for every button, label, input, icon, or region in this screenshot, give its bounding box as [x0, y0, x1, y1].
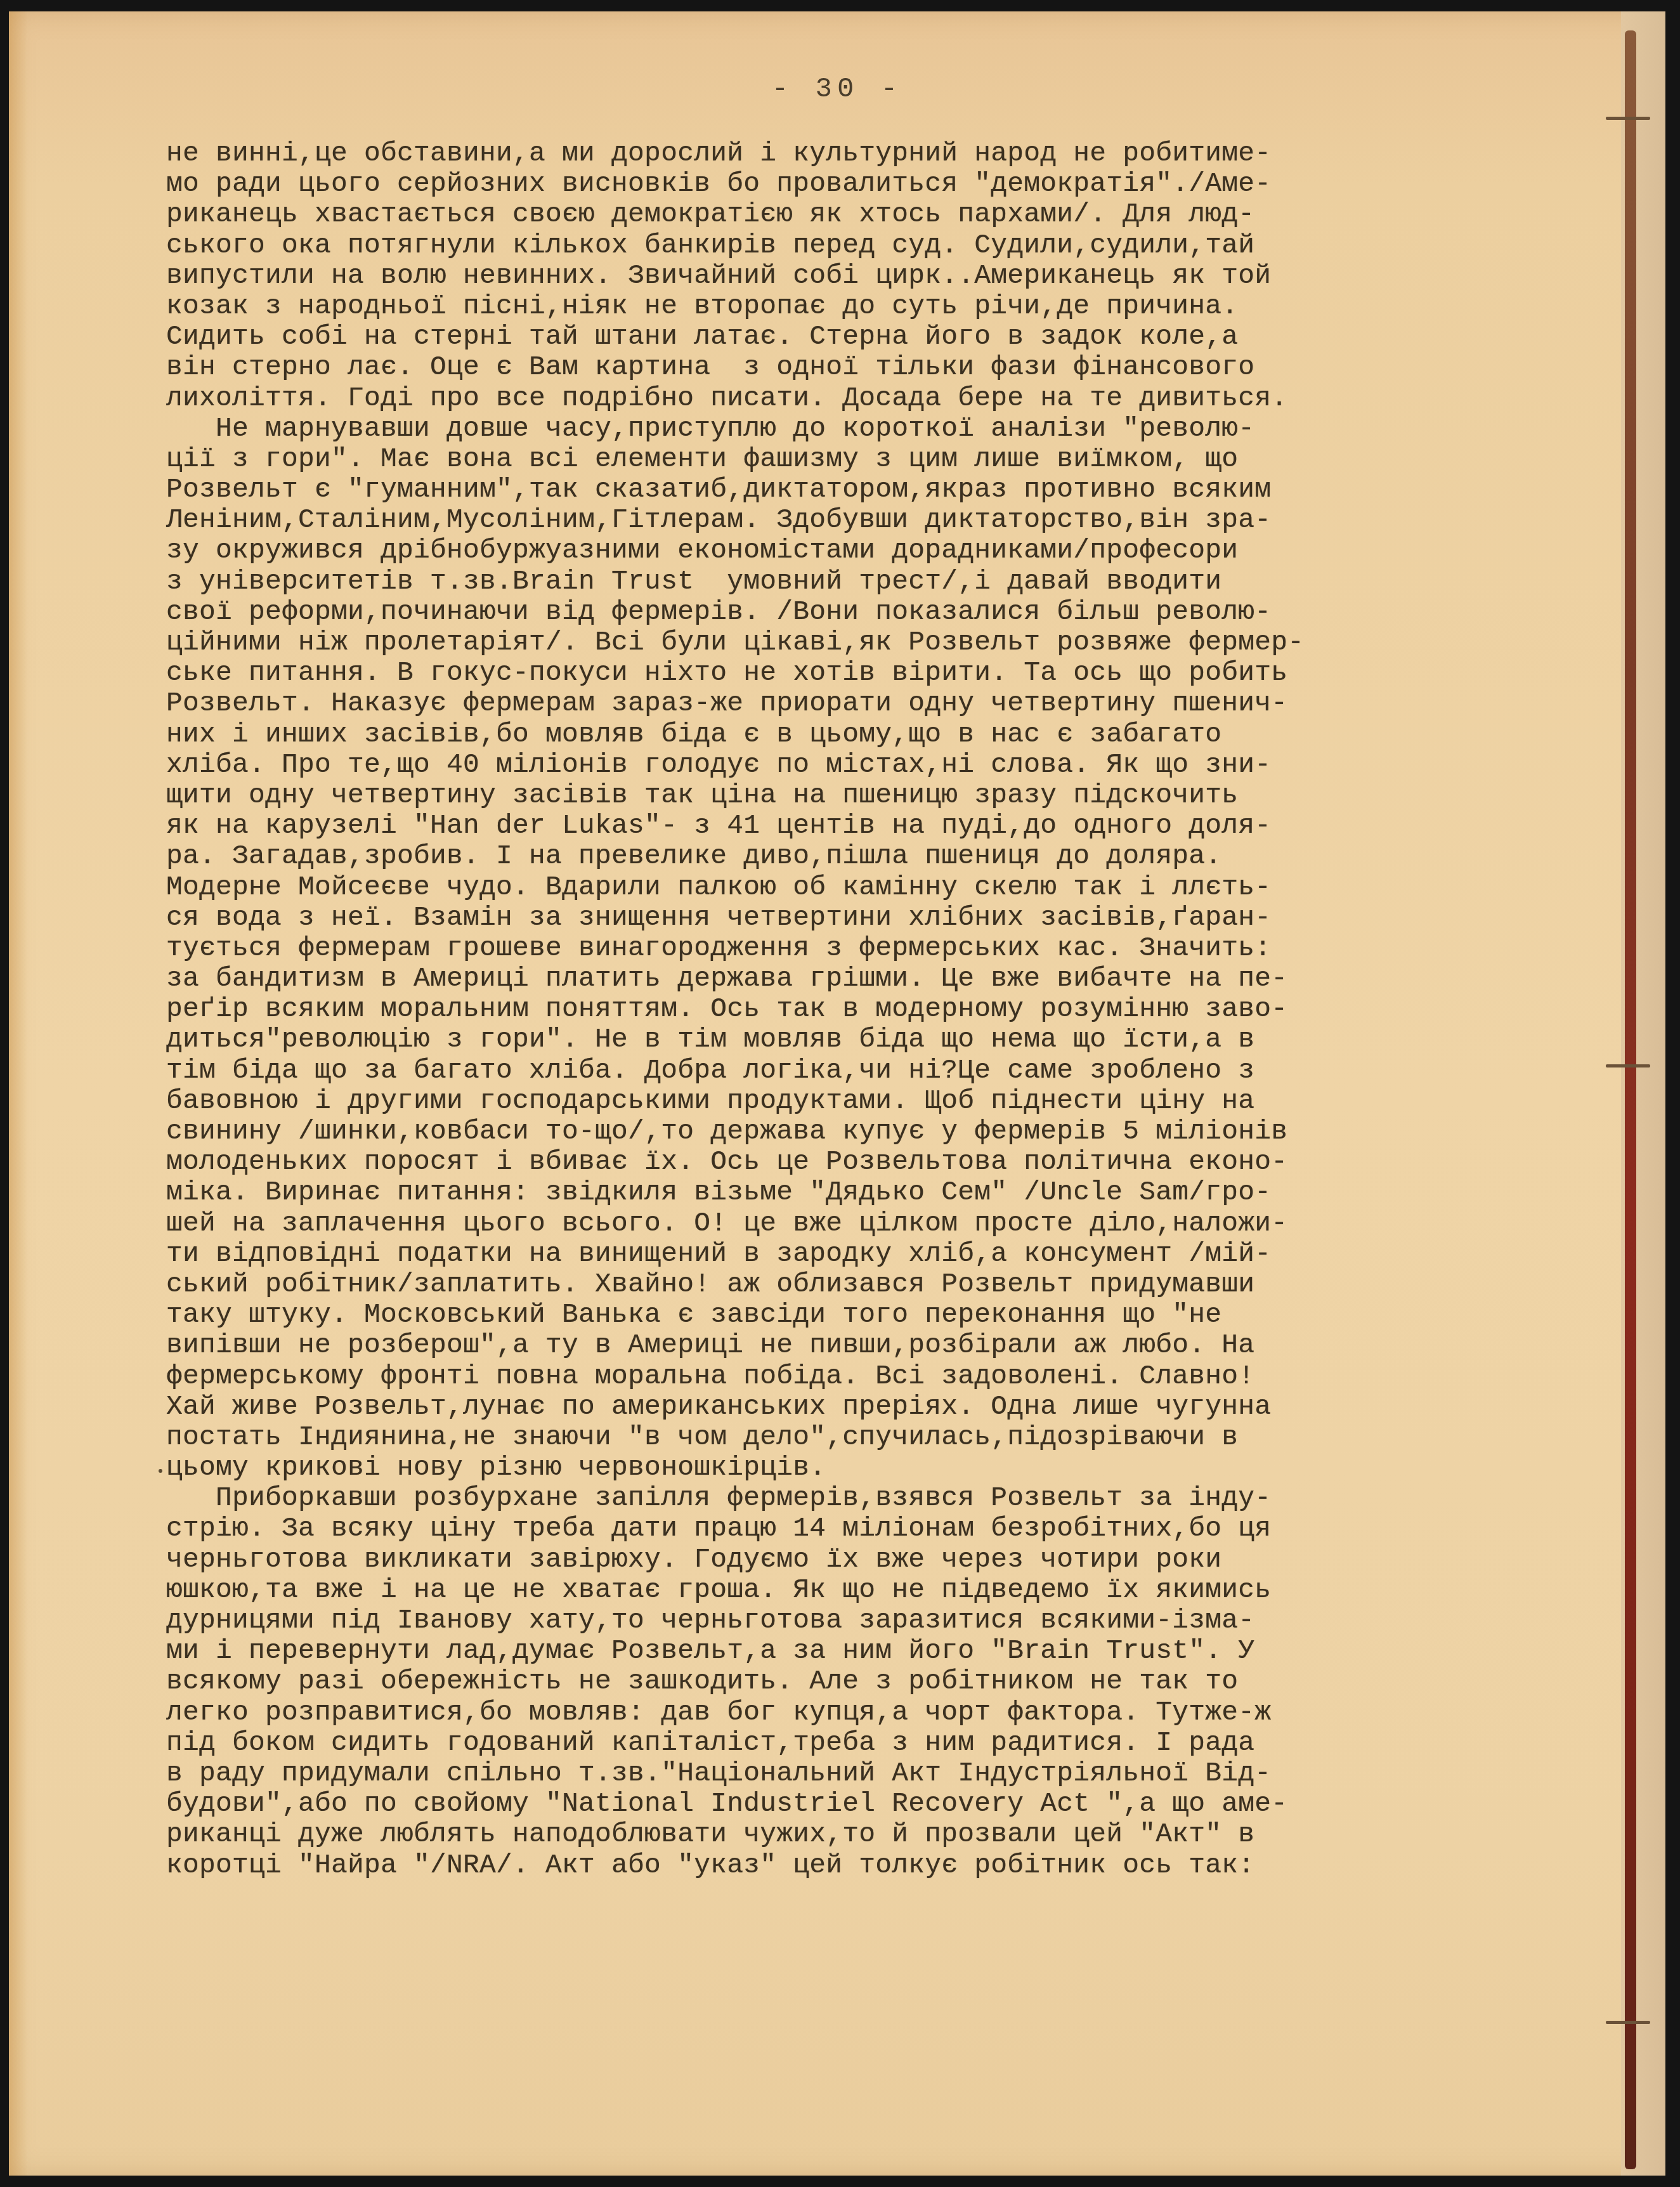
text-line: цьому крикові нову різню червоношкірців.	[166, 1453, 1536, 1483]
margin-mark	[159, 1469, 162, 1473]
text-line: Не марнувавши довше часу,приступлю до ко…	[166, 414, 1536, 444]
text-line: риканець хвастається своєю демократією я…	[166, 199, 1536, 230]
text-line: стрію. За всяку ціну треба дати працю 14…	[166, 1513, 1536, 1544]
text-line: як на карузелі "Han der Lukas"- з 41 цен…	[166, 811, 1536, 841]
text-line: за бандитизм в Америці платить держава г…	[166, 963, 1536, 994]
binding-strip	[1621, 11, 1665, 2176]
text-line: тується фермерам грошеве винагородження …	[166, 933, 1536, 963]
text-line: в раду придумали спільно т.зв."Національ…	[166, 1758, 1536, 1789]
text-line: черньготова викликати завірюху. Годуємо …	[166, 1544, 1536, 1575]
text-line: Розвельт є "гуманним",так сказатиб,дикта…	[166, 474, 1536, 505]
binding-cord	[1625, 30, 1636, 2169]
text-line: таку штуку. Московський Ванька є завсіди…	[166, 1300, 1536, 1330]
text-line: ми і перевернути лад,думає Розвельт,а за…	[166, 1636, 1536, 1666]
text-line: ти відповідні податки на винищений в зар…	[166, 1239, 1536, 1269]
text-line: міка. Виринає питання: звідкиля візьме "…	[166, 1177, 1536, 1208]
text-line: зу окружився дрібнобуржуазними економіст…	[166, 535, 1536, 566]
text-line: тім біда що за багато хліба. Добра логік…	[166, 1055, 1536, 1086]
text-line: ське питання. В гокус-покуси ніхто не хо…	[166, 658, 1536, 688]
text-line: Модерне Мойсеєве чудо. Вдарили палкою об…	[166, 872, 1536, 903]
text-line: Сидить собі на стерні тай штани латає. С…	[166, 322, 1536, 352]
text-line: ційними ніж пролетаріят/. Всі були цікав…	[166, 627, 1536, 658]
text-line: хліба. Про те,що 40 мілiонів голодує по …	[166, 750, 1536, 780]
text-line: будови",або по свойому "National Industr…	[166, 1789, 1536, 1819]
text-line: коротці "Найра "/NRA/. Акт або "указ" це…	[166, 1850, 1536, 1881]
text-line: всякому разі обережність не зашкодить. А…	[166, 1666, 1536, 1697]
text-line: ський робітник/заплатить. Хвайно! аж обл…	[166, 1269, 1536, 1300]
binding-stitch	[1606, 2021, 1650, 2024]
text-line: Приборкавши розбурхане запілля фермерів,…	[166, 1483, 1536, 1513]
text-line: ся вода з неї. Взамін за знищення четвер…	[166, 903, 1536, 933]
text-line: ського ока потягнули кількох банкирів пе…	[166, 230, 1536, 261]
text-line: випустили на волю невинних. Звичайний со…	[166, 261, 1536, 291]
text-line: свої реформи,починаючи від фермерів. /Во…	[166, 597, 1536, 627]
text-line: лихоліття. Годі про все подрібно писати.…	[166, 383, 1536, 414]
text-line: Хай живе Розвельт,лунає по американських…	[166, 1392, 1536, 1422]
text-line: юшкою,та вже і на це не хватає гроша. Як…	[166, 1575, 1536, 1605]
text-line: мо ради цього серйозних висновків бо про…	[166, 169, 1536, 199]
text-line: свинину /шинки,ковбаси то-що/,то держава…	[166, 1116, 1536, 1147]
text-line: них і инших засівів,бо мовляв біда є в ц…	[166, 719, 1536, 750]
text-line: з університетів т.зв.Brain Trust умовний…	[166, 566, 1536, 597]
text-line: молоденьких поросят і вбиває їх. Ось це …	[166, 1147, 1536, 1177]
text-line: постать Індиянина,не знаючи "в чом дело"…	[166, 1422, 1536, 1453]
text-line: Розвельт. Наказує фермерам зараз-же прио…	[166, 688, 1536, 719]
typewritten-body: не винні,це обставини,а ми дорослий і ку…	[166, 138, 1536, 1881]
text-line: бавовною і другими господарськими продук…	[166, 1086, 1536, 1116]
text-line: випівши не розберош",а ту в Америці не п…	[166, 1330, 1536, 1361]
text-line: під боком сидить годований капіталіст,тр…	[166, 1728, 1536, 1758]
text-line: козак з народньої пісні,ніяк не второпає…	[166, 291, 1536, 322]
text-line: диться"революцію з гори". Не в тім мовля…	[166, 1024, 1536, 1055]
text-line: реґір всяким моральним поняттям. Ось так…	[166, 994, 1536, 1024]
text-line: ції з гори". Має вона всі елементи фашиз…	[166, 444, 1536, 474]
text-line: він стерно лає. Оце є Вам картина з одно…	[166, 352, 1536, 382]
binding-stitch	[1606, 117, 1650, 120]
text-line: шей на заплачення цього всього. О! це вж…	[166, 1208, 1536, 1239]
text-line: ра. Загадав,зробив. І на превелике диво,…	[166, 841, 1536, 872]
text-line: щити одну четвертину засівів так ціна на…	[166, 780, 1536, 811]
binding-stitch	[1606, 1064, 1650, 1067]
text-line: риканці дуже люблять наподоблювати чужих…	[166, 1819, 1536, 1850]
page-number: - 30 -	[9, 74, 1665, 105]
text-line: не винні,це обставини,а ми дорослий і ку…	[166, 138, 1536, 169]
text-line: дурницями під Іванову хату,то черньготов…	[166, 1605, 1536, 1636]
text-line: легко розправитися,бо мовляв: дав бог ку…	[166, 1697, 1536, 1728]
text-line: фермерському фронті повна моральна побід…	[166, 1361, 1536, 1392]
text-line: Леніним,Сталіним,Мусоліним,Гітлерам. Здо…	[166, 505, 1536, 535]
document-page: - 30 - не винні,це обставини,а ми доросл…	[9, 11, 1665, 2176]
